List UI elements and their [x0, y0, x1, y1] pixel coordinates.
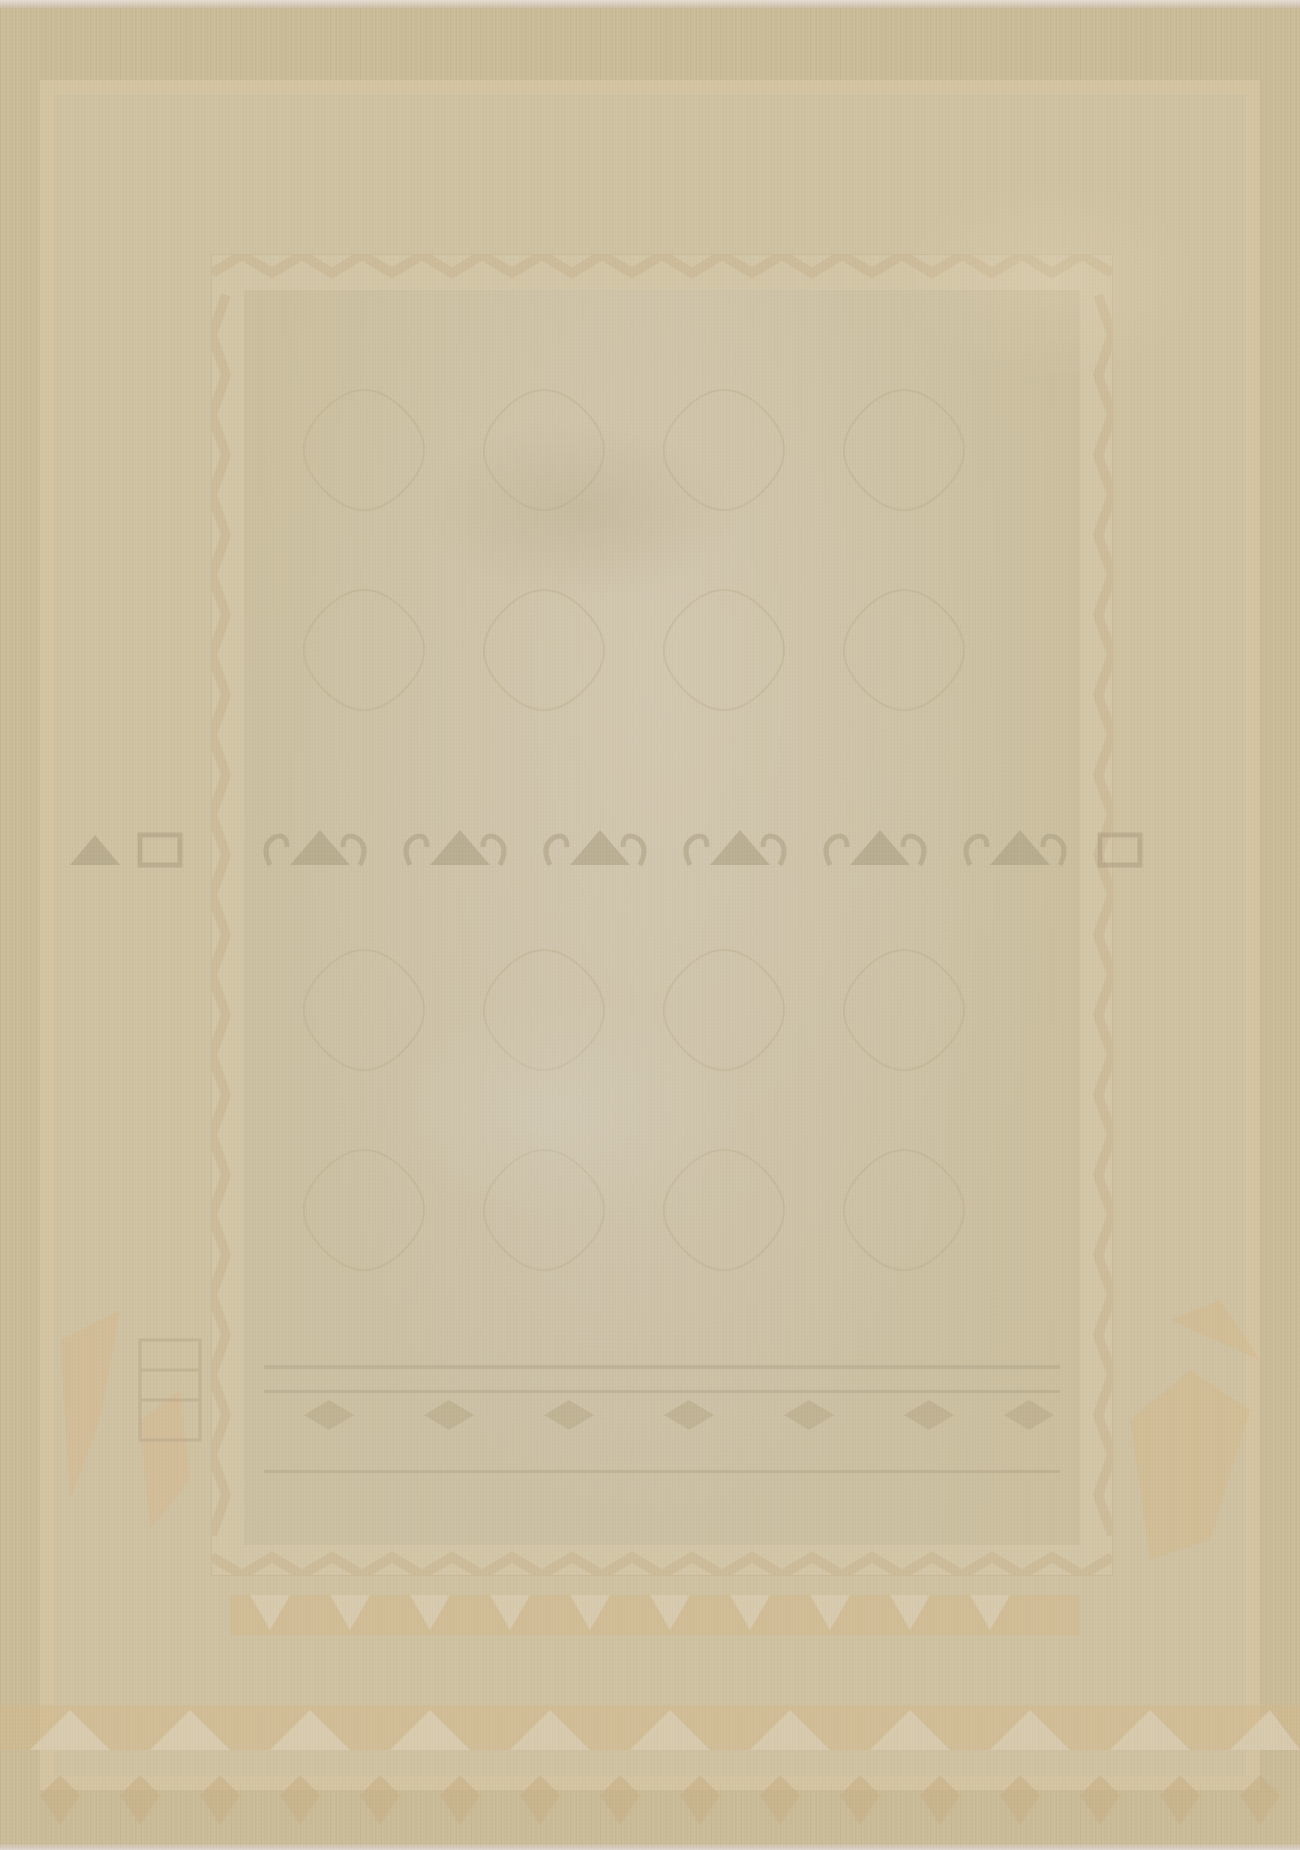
bottom-fringe	[0, 1844, 1300, 1850]
right-side-motif-icon	[1110, 1300, 1270, 1580]
center-field	[244, 290, 1080, 1545]
field-lattice-icon	[244, 290, 1080, 1545]
left-side-motif-icon	[40, 1300, 210, 1570]
top-fringe	[0, 0, 1300, 8]
pyramid-motif-band-icon	[60, 820, 1260, 880]
rug-photo	[0, 0, 1300, 1850]
bottom-border-motif-icon	[0, 1575, 1300, 1845]
